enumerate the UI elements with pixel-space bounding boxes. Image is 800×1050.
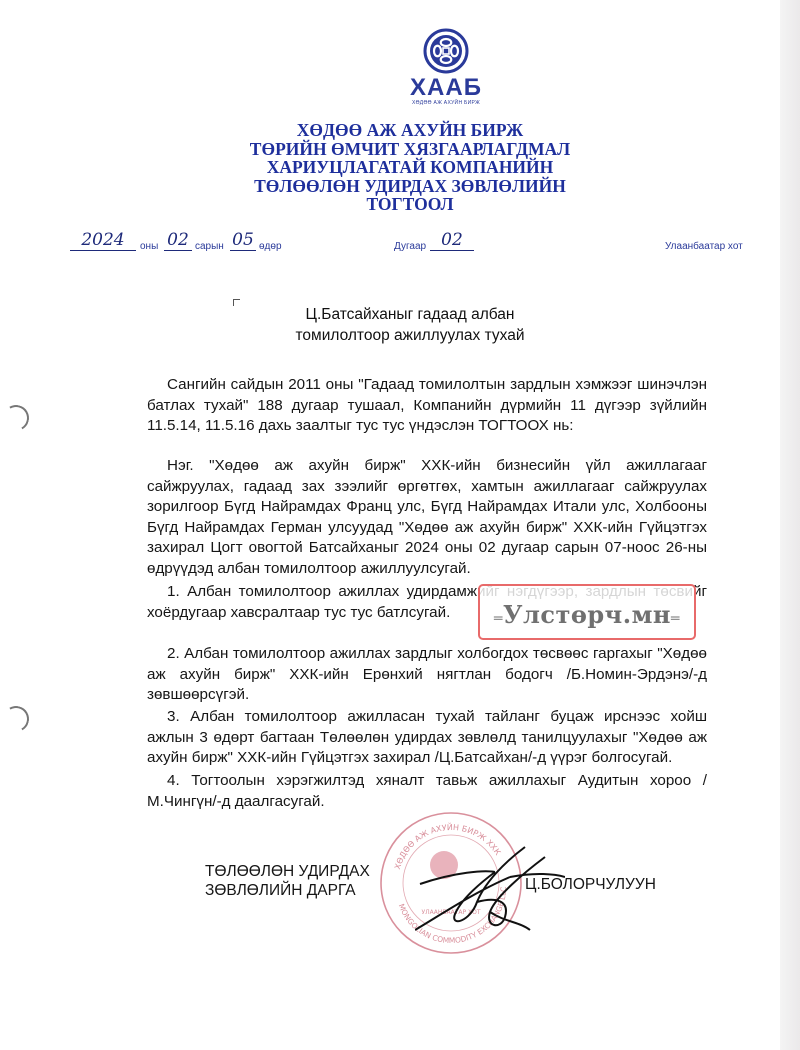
main-clause-paragraph: Нэг. "Хөдөө аж ахуйн бирж" ХХК-ийн бизне… [147,456,707,579]
clause-3-text: 3. Албан томилолтоор ажилласан тухай тай… [147,708,707,766]
month-label: сарын [195,241,224,252]
clause-4-text: 4. Тогтоолын хэрэгжилтэд хяналт тавьж аж… [147,772,707,810]
watermark-text: ═Улстөрч.мн═ [480,600,694,629]
date-number-line: 2024 оны 02 сарын 05 өдөр Дугаар 02 Улаа… [0,230,800,258]
date-day: 05 [230,230,256,251]
number-label: Дугаар [394,241,426,252]
signatory-name: Ц.БОЛОРЧУЛУУН [525,876,656,894]
clause-4-paragraph: 4. Тогтоолын хэрэгжилтэд хяналт тавьж аж… [147,771,707,812]
year-label: оны [140,241,158,252]
heading-line-2: ТӨРИЙН ӨМЧИТ ХЯЗГААРЛАГДМАЛ [200,140,620,159]
date-year: 2024 [70,230,136,251]
title-line-2: томилолтоор ажиллуулах тухай [250,325,570,346]
site-watermark: ═Улстөрч.мн═ [478,584,696,640]
knot-emblem-icon [423,28,469,74]
scan-edge-shadow [780,0,800,1050]
punch-hole-mark [0,402,32,434]
punch-hole-mark [0,703,32,735]
heading-line-3: ХАРИУЦЛАГАТАЙ КОМПАНИЙН [200,158,620,177]
title-corner-mark [233,299,240,306]
clause-2-text: 2. Албан томилолтоор ажиллах зардлыг хол… [147,645,707,703]
city-label: Улаанбаатар хот [665,241,743,252]
heading-line-5: ТОГТООЛ [200,195,620,214]
position-line-2: ЗӨВЛӨЛИЙН ДАРГА [205,881,370,900]
document-heading: ХӨДӨӨ АЖ АХУЙН БИРЖ ТӨРИЙН ӨМЧИТ ХЯЗГААР… [200,121,620,214]
main-clause-text: Нэг. "Хөдөө аж ахуйн бирж" ХХК-ийн бизне… [147,457,707,577]
heading-line-4: ТӨЛӨӨЛӨН УДИРДАХ ЗӨВЛӨЛИЙН [200,177,620,196]
title-line-1: Ц.Батсайханыг гадаад албан [250,304,570,325]
clause-2-paragraph: 2. Албан томилолтоор ажиллах зардлыг хол… [147,644,707,706]
preamble-text: Сангийн сайдын 2011 оны "Гадаад томилолт… [147,376,707,434]
resolution-title: Ц.Батсайханыг гадаад албан томилолтоор а… [250,304,570,346]
heading-line-1: ХӨДӨӨ АЖ АХУЙН БИРЖ [200,121,620,140]
position-line-1: ТӨЛӨӨЛӨН УДИРДАХ [205,862,370,881]
preamble-paragraph: Сангийн сайдын 2011 оны "Гадаад томилолт… [147,375,707,437]
date-month: 02 [164,230,192,251]
logo-subtitle: ХӨДӨӨ АЖ АХУЙН БИРЖ [391,100,501,106]
clause-3-paragraph: 3. Албан томилолтоор ажилласан тухай тай… [147,707,707,769]
logo-abbreviation: ХААБ [391,76,501,100]
day-label: өдөр [259,241,282,252]
company-logo: ХААБ ХӨДӨӨ АЖ АХУЙН БИРЖ [391,28,501,106]
signatory-position: ТӨЛӨӨЛӨН УДИРДАХ ЗӨВЛӨЛИЙН ДАРГА [205,862,370,900]
resolution-number: 02 [430,230,474,251]
